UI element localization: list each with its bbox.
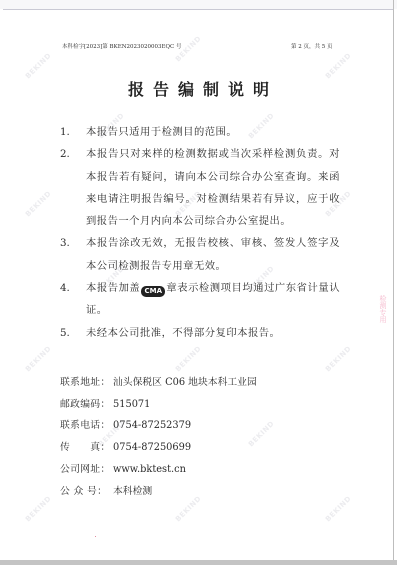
contact-postcode: 邮政编码： 515071 — [60, 394, 257, 416]
watermark: BEKIND — [174, 345, 203, 374]
watermark: BEKIND — [24, 190, 53, 219]
watermark: BEKIND — [24, 495, 53, 524]
note-item: 1. 本报告只适用于检测目的范围。 — [60, 121, 340, 143]
note-item: 2. 本报告只对来样的检测数据或当次采样检测负责。对本报告若有疑问，请向本公司综… — [60, 143, 340, 232]
note-text: 未经本公司批准，不得部分复印本报告。 — [86, 322, 340, 344]
note-number: 2. — [60, 143, 86, 232]
watermark: BEKIND — [324, 345, 353, 374]
note-text: 本报告加盖CMA章表示检测项目均通过广东省计量认证。 — [86, 277, 340, 322]
seal-stamp-edge: 检测专用 — [378, 295, 388, 360]
note-number: 5. — [60, 322, 86, 344]
contact-label: 邮政编码： — [60, 394, 113, 416]
watermark: BEKIND — [24, 345, 53, 374]
note-item: 4. 本报告加盖CMA章表示检测项目均通过广东省计量认证。 — [60, 277, 340, 322]
contact-wechat: 公 众 号： 本科检测 — [60, 481, 257, 503]
page-info: 第 2 页，共 5 页 — [291, 42, 333, 50]
contact-info: 联系地址： 汕头保税区 C06 地块本科工业园 邮政编码： 515071 联系电… — [60, 372, 257, 502]
contact-value: 0754-87252379 — [113, 415, 191, 437]
note-item: 3. 本报告涂改无效，无报告校核、审核、签发人签字及本公司检测报告专用章无效。 — [60, 232, 340, 277]
watermark: BEKIND — [324, 495, 353, 524]
contact-address: 联系地址： 汕头保税区 C06 地块本科工业园 — [60, 372, 257, 394]
contact-fax: 传 真： 0754-87250699 — [60, 437, 257, 459]
note-number: 3. — [60, 232, 86, 277]
contact-label: 联系地址： — [60, 372, 113, 394]
ink-speck — [95, 536, 96, 537]
contact-value: 515071 — [113, 394, 150, 416]
note-text-before: 本报告加盖 — [86, 282, 140, 294]
note-text: 本报告只适用于检测目的范围。 — [86, 121, 340, 143]
contact-value: www.bktest.cn — [113, 459, 186, 481]
contact-phone: 联系电话： 0754-87252379 — [60, 415, 257, 437]
contact-value: 本科检测 — [113, 481, 152, 503]
viewer-bottom-band — [0, 560, 397, 565]
contact-label: 传 真： — [60, 437, 113, 459]
contact-label: 联系电话： — [60, 415, 113, 437]
viewer-top-strip — [0, 0, 397, 9]
note-number: 1. — [60, 121, 86, 143]
report-number: 本科检字[2023]第 BKEN2023020003EQC 号 — [62, 42, 182, 50]
note-item: 5. 未经本公司批准，不得部分复印本报告。 — [60, 322, 340, 344]
contact-label: 公司网址： — [60, 459, 113, 481]
contact-label: 公 众 号： — [60, 481, 113, 503]
note-text: 本报告只对来样的检测数据或当次采样检测负责。对本报告若有疑问，请向本公司综合办公… — [86, 143, 340, 232]
cma-mark-icon: CMA — [141, 286, 165, 297]
page-top-edge — [3, 9, 393, 10]
note-text: 本报告涂改无效，无报告校核、审核、签发人签字及本公司检测报告专用章无效。 — [86, 232, 340, 277]
notes-list: 1. 本报告只适用于检测目的范围。 2. 本报告只对来样的检测数据或当次采样检测… — [60, 121, 340, 344]
page-title: 报告编制说明 — [0, 77, 397, 100]
note-number: 4. — [60, 277, 86, 322]
contact-value: 汕头保税区 C06 地块本科工业园 — [113, 372, 257, 394]
contact-website: 公司网址： www.bktest.cn — [60, 459, 257, 481]
contact-value: 0754-87250699 — [113, 437, 191, 459]
